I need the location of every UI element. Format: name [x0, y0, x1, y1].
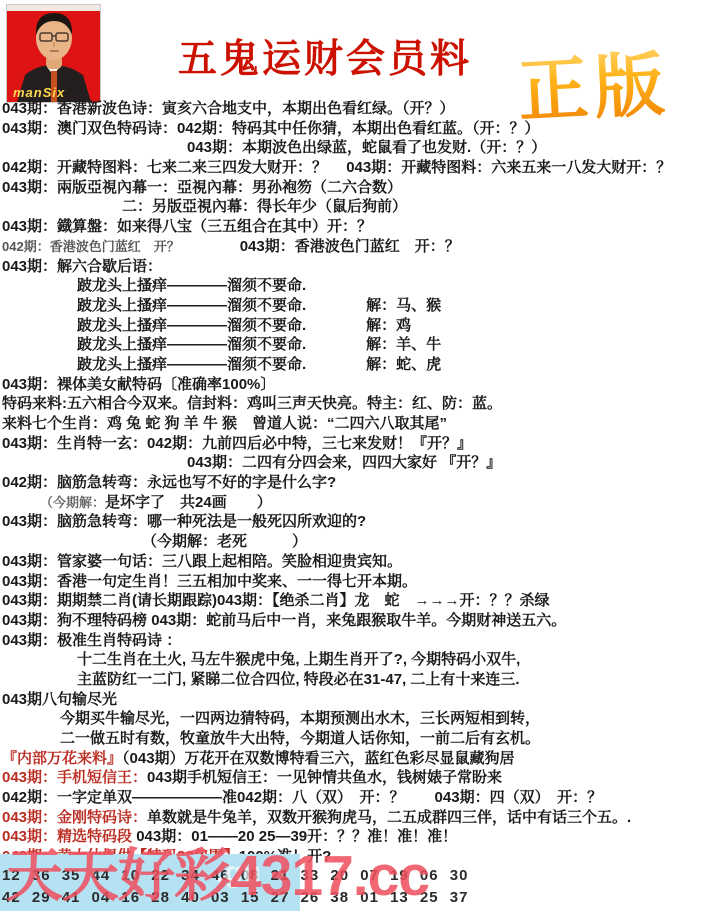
- text-line: 043期：香港新波色诗：寅亥六合地支中，本期出色看红绿。（开？）: [2, 99, 723, 119]
- lottery-tip-sheet: manSix 五鬼运财会员料 正版 043期：香港新波色诗：寅亥六合地支中，本期…: [0, 0, 723, 911]
- text-segment: 跛龙头上搔痒————溜须不要命. 解：鸡: [77, 317, 411, 334]
- text-line: 跛龙头上搔痒————溜须不要命. 解：鸡: [2, 316, 723, 336]
- text-line: 043期：鐡算盤：如来得八宝（三五组合在其中）开：？: [2, 217, 723, 237]
- text-line: 今期买牛输尽光，一四两边猜特码，本期预测出水木，三长两短相到转，: [2, 709, 723, 729]
- text-line: 二：另版亞視內幕：得长年少（鼠后狗前）: [2, 197, 723, 217]
- text-line: 来料七个生肖：鸡 兔 蛇 狗 羊 牛 猴 曾道人说：“二四六八取其尾”: [2, 414, 723, 434]
- text-line: 043期：裸体美女献特码〔准确率100%〕: [2, 375, 723, 395]
- text-line: 043期：金刚特码诗：单数就是牛兔羊，双数开猴狗虎马，二五成群四三伴，话中有话三…: [2, 808, 723, 828]
- text-segment: 043期：脑筋急转弯：哪一种死法是一般死囚所欢迎的?: [2, 513, 366, 530]
- text-segment: 043期：极准生肖特码诗 ：: [2, 632, 181, 649]
- text-segment: 是坏字了 共24画 ）: [105, 494, 272, 511]
- text-line: 042期：开藏特图料：七来二来三四发大财开：？ 043期：开藏特图料：六来五来一…: [2, 158, 723, 178]
- text-line: 042期：脑筋急转弯：永远也写不好的字是什么字?: [2, 473, 723, 493]
- text-segment: 042期：开藏特图料：七来二来三四发大财开：？ 043期：开藏特图料：六来五来一…: [2, 159, 671, 176]
- text-line: （今期解：是坏字了 共24画 ）: [2, 493, 723, 513]
- text-segment: 『内部万花来料』: [2, 750, 122, 767]
- text-segment: 043期：裸体美女献特码〔准确率100%〕: [2, 376, 275, 393]
- text-segment: 043期：兩版亞視內幕一：亞視內幕：男孙袍笏（二六合数）: [2, 179, 402, 196]
- text-line: 043期：脑筋急转弯：哪一种死法是一般死囚所欢迎的?: [2, 512, 723, 532]
- text-segment: 主蓝防红一二门, 紧睇二位合四位, 特段必在31-47, 二上有十来连三.: [77, 671, 520, 688]
- text-segment: 来料七个生肖：鸡 兔 蛇 狗 羊 牛 猴 曾道人说：“二四六八取其尾”: [2, 415, 447, 432]
- text-line: 043期：生肖特一玄：042期：九前四后必中特，三七来发财！『开？』: [2, 434, 723, 454]
- text-segment: 042期：脑筋急转弯：永远也写不好的字是什么字?: [2, 474, 336, 491]
- text-line: 特码来料:五六相合今双来。信封料：鸡叫三声天快亮。特主：红、防：蓝。: [2, 394, 723, 414]
- text-line: 043期：本期波色出绿蓝，蛇鼠看了也发财.（开：？）: [2, 138, 723, 158]
- text-segment: 043期：期期禁二肖(请长期跟踪)043期：【绝杀二肖】龙 蛇 →→→开：？？杀…: [2, 592, 550, 609]
- text-segment: 043期：生肖特一玄：042期：九前四后必中特，三七来发财！『开？』: [2, 435, 472, 452]
- text-segment: 跛龙头上搔痒————溜须不要命.: [77, 277, 306, 294]
- content-lines: 043期：香港新波色诗：寅亥六合地支中，本期出色看红绿。（开？）043期：澳门双…: [2, 99, 723, 867]
- text-line: 二一做五时有数，牧童放牛大出特，今期道人话你知，一前二后有玄机。: [2, 729, 723, 749]
- text-segment: 043期：狗不理特码榜 043期：蛇前马后中一肖，来兔跟猴取牛羊。今期财神送五六…: [2, 612, 566, 629]
- text-line: 042期：一字定单双——————准042期：八（双） 开：？ 043期：四（双）…: [2, 788, 723, 808]
- text-segment: 跛龙头上搔痒————溜须不要命. 解：马、猴: [77, 297, 441, 314]
- text-segment: 十二生肖在土火, 马左牛猴虎中兔, 上期生肖开了?, 今期特码小双牛,: [77, 651, 520, 668]
- text-segment: 二一做五时有数，牧童放牛大出特，今期道人话你知，一前二后有玄机。: [60, 730, 540, 747]
- text-line: 跛龙头上搔痒————溜须不要命. 解：马、猴: [2, 296, 723, 316]
- page-title: 五鬼运财会员料: [178, 28, 472, 84]
- text-segment: 二：另版亞視內幕：得长年少（鼠后狗前）: [122, 198, 407, 215]
- text-segment: 043期：解六合歇后语：: [2, 258, 162, 275]
- text-segment: 跛龙头上搔痒————溜须不要命. 解：蛇、虎: [77, 356, 441, 373]
- text-line: 043期：手机短信王：043期手机短信王：一见钟情共鱼水，钱树婊子常盼来: [2, 768, 723, 788]
- text-line: 042期：香港波色门蓝红 开？ 043期：香港波色门蓝红 开：？: [2, 237, 723, 257]
- site-watermark: 天天好彩4317.cc: [6, 830, 429, 911]
- text-line: 043期：兩版亞視內幕一：亞視內幕：男孙袍笏（二六合数）: [2, 178, 723, 198]
- text-segment: 043期：管家婆一句话：三八跟上起相陪。笑脸相迎贵宾知。: [2, 553, 402, 570]
- text-line: 043期：澳门双色特码诗：042期：特码其中任你猜，本期出色看红蓝。（开：？）: [2, 119, 723, 139]
- text-segment: 043期：二四有分四会来，四四大家好 『开？』: [187, 454, 501, 471]
- text-segment: 043期：本期波色出绿蓝，蛇鼠看了也发财.（开：？）: [187, 139, 546, 156]
- text-line: 043期：香港一句定生肖！三五相加中奖来、一一得七开本期。: [2, 572, 723, 592]
- text-segment: 跛龙头上搔痒————溜须不要命. 解：羊、牛: [77, 336, 441, 353]
- text-line: 043期：狗不理特码榜 043期：蛇前马后中一肖，来兔跟猴取牛羊。今期财神送五六…: [2, 611, 723, 631]
- text-segment: 043期：金刚特码诗：: [2, 809, 147, 826]
- text-line: 主蓝防红一二门, 紧睇二位合四位, 特段必在31-47, 二上有十来连三.: [2, 670, 723, 690]
- text-segment: 043期手机短信王：一见钟情共鱼水，钱树婊子常盼来: [147, 769, 502, 786]
- text-segment: 043期八句输尽光: [2, 691, 117, 708]
- text-line: 043期八句输尽光: [2, 690, 723, 710]
- text-segment: 043期：香港新波色诗：寅亥六合地支中，本期出色看红绿。（开？）: [2, 100, 455, 117]
- text-segment: 今期买牛输尽光，一四两边猜特码，本期预测出水木，三长两短相到转，: [60, 710, 540, 727]
- text-segment: 043期：澳门双色特码诗：042期：特码其中任你猜，本期出色看红蓝。（开：？）: [2, 120, 540, 137]
- portrait-photo: manSix: [6, 4, 101, 103]
- text-line: 跛龙头上搔痒————溜须不要命. 解：羊、牛: [2, 335, 723, 355]
- text-line: 043期：二四有分四会来，四四大家好 『开？』: [2, 453, 723, 473]
- text-line: （今期解：老死 ）: [2, 532, 723, 552]
- text-segment: 042期：一字定单双——————准042期：八（双） 开：？ 043期：四（双）…: [2, 789, 602, 806]
- text-segment: 042期：香港波色门蓝红 开？: [2, 239, 180, 254]
- text-line: 十二生肖在土火, 马左牛猴虎中兔, 上期生肖开了?, 今期特码小双牛,: [2, 650, 723, 670]
- text-line: 跛龙头上搔痒————溜须不要命.: [2, 276, 723, 296]
- text-segment: （043期）万花开在双数博特看三六，蓝红色彩尽显鼠藏狗居: [122, 750, 515, 767]
- text-segment: 单数就是牛兔羊，双数开猴狗虎马，二五成群四三伴，话中有话三个五。.: [147, 809, 631, 826]
- text-line: 043期：管家婆一句话：三八跟上起相陪。笑脸相迎贵宾知。: [2, 552, 723, 572]
- text-segment: （今期解：: [40, 495, 105, 510]
- text-line: 043期：解六合歇后语：: [2, 257, 723, 277]
- text-segment: （今期解：老死 ）: [142, 533, 307, 550]
- text-segment: 特码来料:五六相合今双来。信封料：鸡叫三声天快亮。特主：红、防：蓝。: [2, 395, 502, 412]
- text-line: 043期：极准生肖特码诗 ：: [2, 631, 723, 651]
- photo-caption: manSix: [13, 85, 65, 100]
- text-line: 043期：期期禁二肖(请长期跟踪)043期：【绝杀二肖】龙 蛇 →→→开：？？杀…: [2, 591, 723, 611]
- text-line: 『内部万花来料』（043期）万花开在双数博特看三六，蓝红色彩尽显鼠藏狗居: [2, 749, 723, 769]
- text-segment: 043期：香港波色门蓝红 开：？: [180, 238, 460, 255]
- text-line: 跛龙头上搔痒————溜须不要命. 解：蛇、虎: [2, 355, 723, 375]
- text-segment: 043期：鐡算盤：如来得八宝（三五组合在其中）开：？: [2, 218, 372, 235]
- text-segment: 043期：香港一句定生肖！三五相加中奖来、一一得七开本期。: [2, 573, 417, 590]
- text-segment: 043期：手机短信王：: [2, 769, 147, 786]
